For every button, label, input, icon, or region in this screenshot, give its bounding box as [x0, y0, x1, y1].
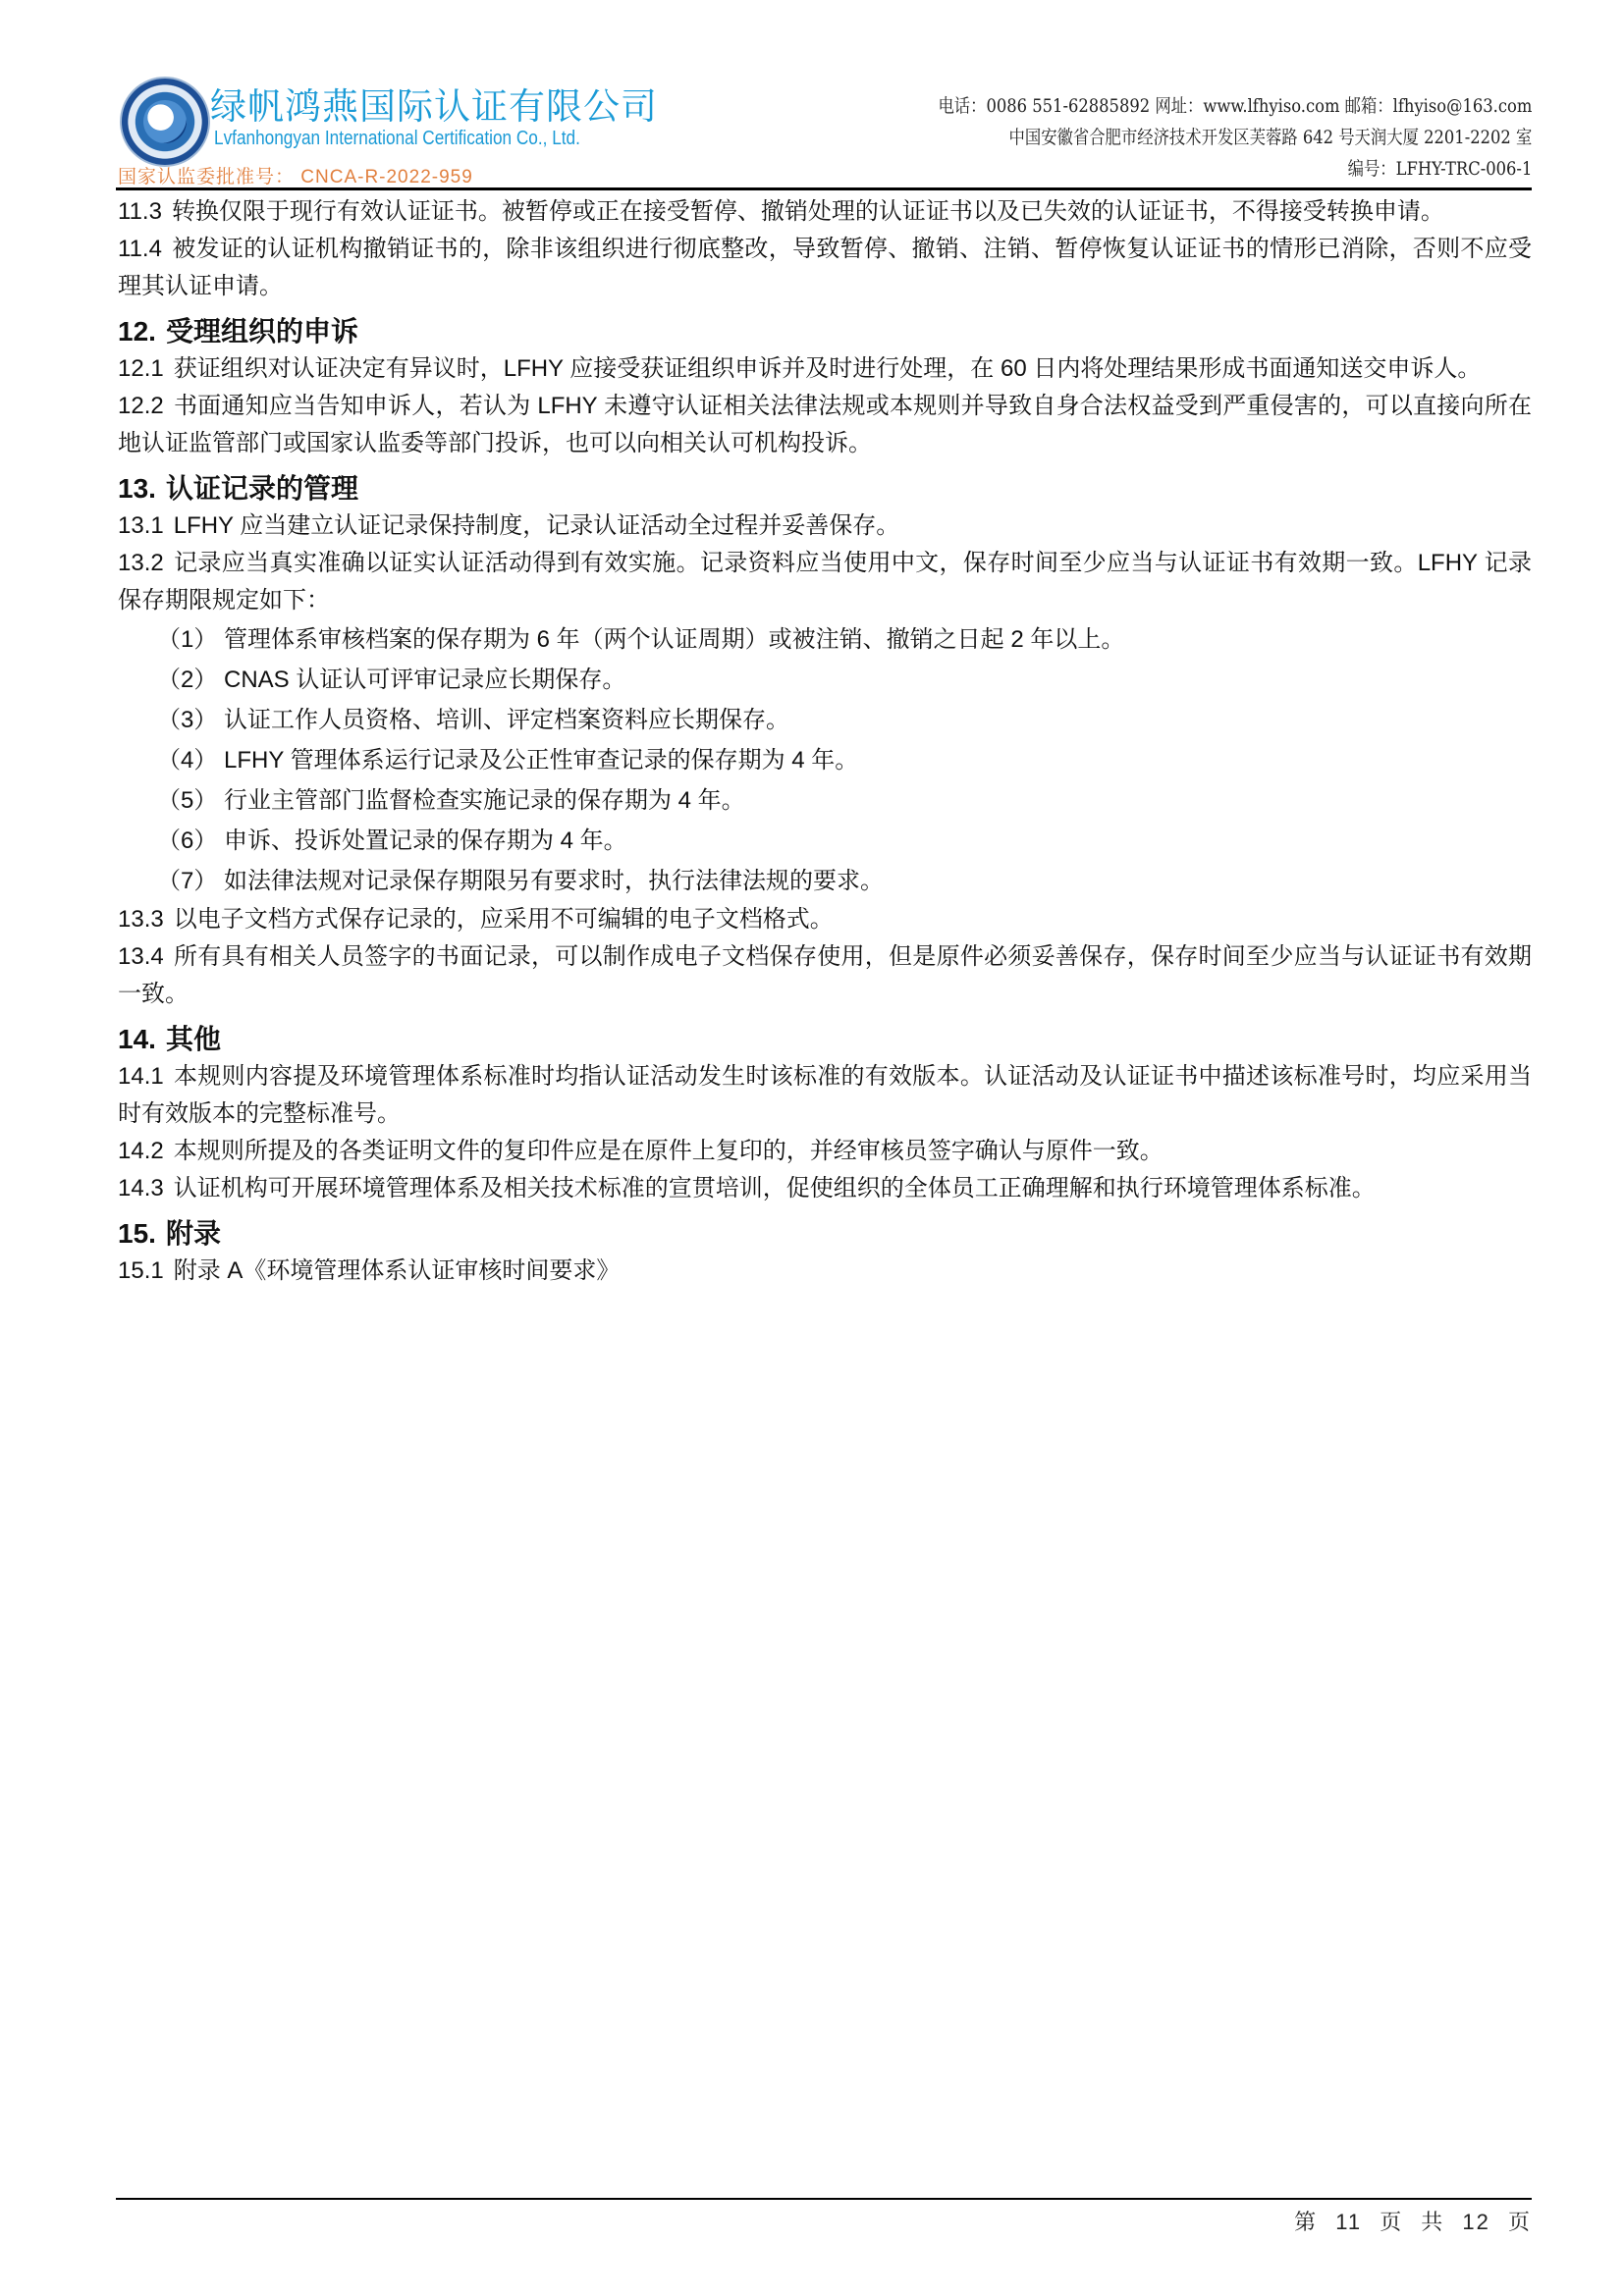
address-line: 中国安徽省合肥市经济技术开发区芙蓉路 642 号天润大厦 2201-2202 室	[938, 122, 1532, 153]
clause-13-3: 13.3以电子文档方式保存记录的，应采用不可编辑的电子文档格式。	[118, 901, 1532, 938]
header-divider	[116, 187, 1532, 190]
company-name-cn: 绿帆鸿燕国际认证有限公司	[210, 77, 658, 130]
list-item: （4）LFHY 管理体系运行记录及公正性审查记录的保存期为 4 年。	[157, 740, 1532, 780]
list-item: （6）申诉、投诉处置记录的保存期为 4 年。	[157, 821, 1532, 861]
logo-sail-icon	[143, 100, 187, 143]
document-page: 绿帆鸿燕国际认证有限公司 Lvfanhongyan International …	[0, 0, 1624, 2296]
doc-number: 编号：LFHY-TRC-006-1	[938, 153, 1532, 185]
section-heading-15: 15.附录	[118, 1215, 1532, 1253]
clause-13-1: 13.1LFHY 应当建立认证记录保持制度，记录认证活动全过程并妥善保存。	[118, 507, 1532, 545]
approval-number: 国家认监委批准号： CNCA-R-2022-959	[118, 162, 473, 188]
list-item: （5）行业主管部门监督检查实施记录的保存期为 4 年。	[157, 780, 1532, 821]
clause-12-1: 12.1获证组织对认证决定有异议时，LFHY 应接受获证组织申诉并及时进行处理，…	[118, 350, 1532, 388]
contact-block: 电话：0086 551-62885892 网址：www.lfhyiso.com …	[841, 90, 1532, 185]
section-heading-12: 12.受理组织的申诉	[118, 313, 1532, 350]
section-heading-13: 13.认证记录的管理	[118, 470, 1532, 507]
clause-11-3: 11.3转换仅限于现行有效认证证书。被暂停或正在接受暂停、撤销处理的认证证书以及…	[118, 193, 1532, 231]
clause-13-2: 13.2记录应当真实准确以证实认证活动得到有效实施。记录资料应当使用中文，保存时…	[118, 545, 1532, 619]
clause-12-2: 12.2书面通知应当告知申诉人，若认为 LFHY 未遵守认证相关法律法规或本规则…	[118, 388, 1532, 462]
list-item: （2）CNAS 认证认可评审记录应长期保存。	[157, 660, 1532, 700]
clause-14-2: 14.2本规则所提及的各类证明文件的复印件应是在原件上复印的，并经审核员签字确认…	[118, 1133, 1532, 1170]
section-heading-14: 14.其他	[118, 1021, 1532, 1058]
clause-14-3: 14.3认证机构可开展环境管理体系及相关技术标准的宣贯培训，促使组织的全体员工正…	[118, 1170, 1532, 1207]
clause-14-1: 14.1本规则内容提及环境管理体系标准时均指认证活动发生时该标准的有效版本。认证…	[118, 1058, 1532, 1133]
company-name-en: Lvfanhongyan International Certification…	[214, 128, 580, 150]
contact-line: 电话：0086 551-62885892 网址：www.lfhyiso.com …	[938, 90, 1532, 122]
document-body: 11.3转换仅限于现行有效认证证书。被暂停或正在接受暂停、撤销处理的认证证书以及…	[118, 193, 1532, 1290]
list-item: （3）认证工作人员资格、培训、评定档案资料应长期保存。	[157, 700, 1532, 740]
clause-11-4: 11.4被发证的认证机构撤销证书的，除非该组织进行彻底整改，导致暂停、撤销、注销…	[118, 231, 1532, 305]
company-logo-icon	[120, 77, 210, 167]
page-header: 绿帆鸿燕国际认证有限公司 Lvfanhongyan International …	[116, 69, 1532, 188]
list-item: （1）管理体系审核档案的保存期为 6 年（两个认证周期）或被注销、撤销之日起 2…	[157, 619, 1532, 660]
page-number: 第 11 页 共 12 页	[1294, 2206, 1532, 2236]
list-item: （7）如法律法规对记录保存期限另有要求时，执行法律法规的要求。	[157, 861, 1532, 901]
clause-13-4: 13.4所有具有相关人员签字的书面记录，可以制作成电子文档保存使用，但是原件必须…	[118, 938, 1532, 1013]
clause-15-1: 15.1附录 A《环境管理体系认证审核时间要求》	[118, 1253, 1532, 1290]
footer-divider	[116, 2198, 1532, 2200]
